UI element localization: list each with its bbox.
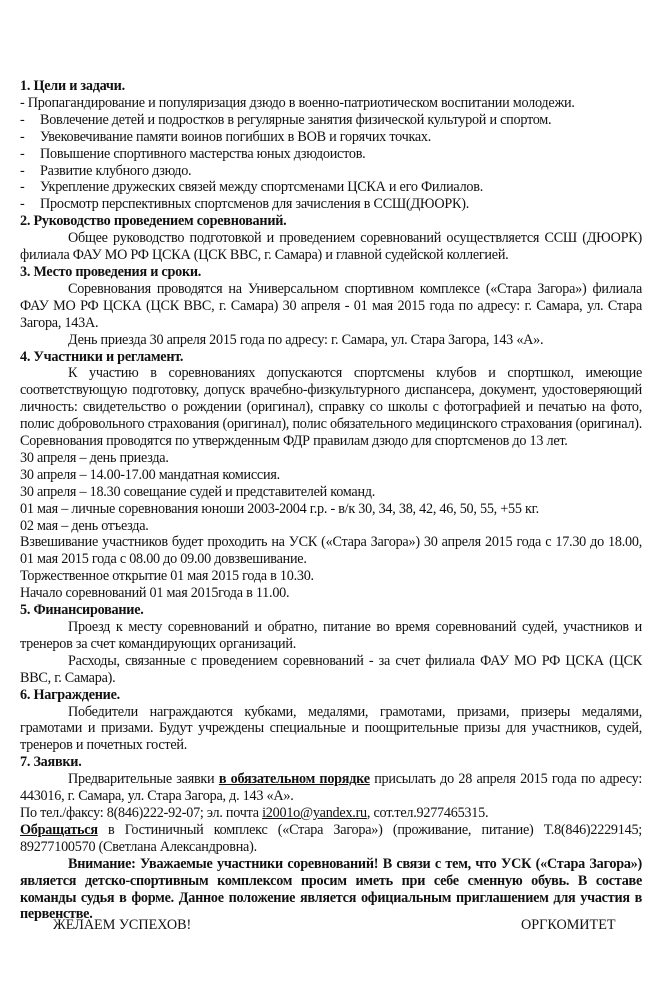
goal-item: - Пропагандирование и популяризация дзюд…	[20, 95, 642, 112]
wish-signoff: ЖЕЛАЕМ УСПЕХОВ!	[53, 917, 191, 934]
goal-item: -Повышение спортивного мастерства юных д…	[20, 146, 642, 163]
hotel-contact: Обращаться в Гостиничный комплекс («Стар…	[20, 822, 642, 856]
regulation-document: 1. Цели и задачи. - Пропагандирование и …	[20, 78, 642, 923]
mandatory-emphasis: в обязательном порядке	[219, 771, 370, 787]
start-info: Начало соревнований 01 мая 2015года в 11…	[20, 585, 642, 602]
section-2-title: 2. Руководство проведением соревнований.	[20, 213, 642, 230]
schedule-item: 02 мая – день отъезда.	[20, 518, 642, 535]
contact-emphasis: Обращаться	[20, 822, 98, 838]
attention-notice: Внимание: Уважаемые участники соревнован…	[20, 856, 642, 924]
contacts-line: По тел./факсу: 8(846)222-92-07; эл. почт…	[20, 805, 642, 822]
section-7-title: 7. Заявки.	[20, 754, 642, 771]
section-1-title: 1. Цели и задачи.	[20, 78, 642, 95]
section-4-text: К участию в соревнованиях допускаются сп…	[20, 365, 642, 450]
committee-signature: ОРГКОМИТЕТ	[521, 917, 616, 934]
section-4-title: 4. Участники и регламент.	[20, 349, 642, 366]
goal-item: -Увековечивание памяти воинов погибших в…	[20, 129, 642, 146]
section-3-venue: Соревнования проводятся на Универсальном…	[20, 281, 642, 332]
weighing-info: Взвешивание участников будет проходить н…	[20, 534, 642, 568]
section-6-text: Победители награждаются кубками, медалям…	[20, 704, 642, 755]
goal-item: -Укрепление дружеских связей между спорт…	[20, 179, 642, 196]
schedule-item: 30 апреля – 14.00-17.00 мандатная комисс…	[20, 467, 642, 484]
applications-text: Предварительные заявки в обязательном по…	[20, 771, 642, 805]
section-3-title: 3. Место проведения и сроки.	[20, 264, 642, 281]
goal-item: -Просмотр перспективных спортсменов для …	[20, 196, 642, 213]
goal-item: -Развитие клубного дзюдо.	[20, 163, 642, 180]
section-5-expenses: Расходы, связанные с проведением соревно…	[20, 653, 642, 687]
opening-info: Торжественное открытие 01 мая 2015 года …	[20, 568, 642, 585]
section-5-travel: Проезд к месту соревнований и обратно, п…	[20, 619, 642, 653]
schedule-item: 30 апреля – день приезда.	[20, 450, 642, 467]
schedule-item: 30 апреля – 18.30 совещание судей и пред…	[20, 484, 642, 501]
schedule-item: 01 мая – личные соревнования юноши 2003-…	[20, 501, 642, 518]
section-5-title: 5. Финансирование.	[20, 602, 642, 619]
goal-item: -Вовлечение детей и подростков в регуляр…	[20, 112, 642, 129]
email-link[interactable]: i2001o@yandex.ru	[262, 805, 367, 821]
section-3-arrival: День приезда 30 апреля 2015 года по адре…	[20, 332, 642, 349]
section-2-text: Общее руководство подготовкой и проведен…	[20, 230, 642, 264]
section-6-title: 6. Награждение.	[20, 687, 642, 704]
